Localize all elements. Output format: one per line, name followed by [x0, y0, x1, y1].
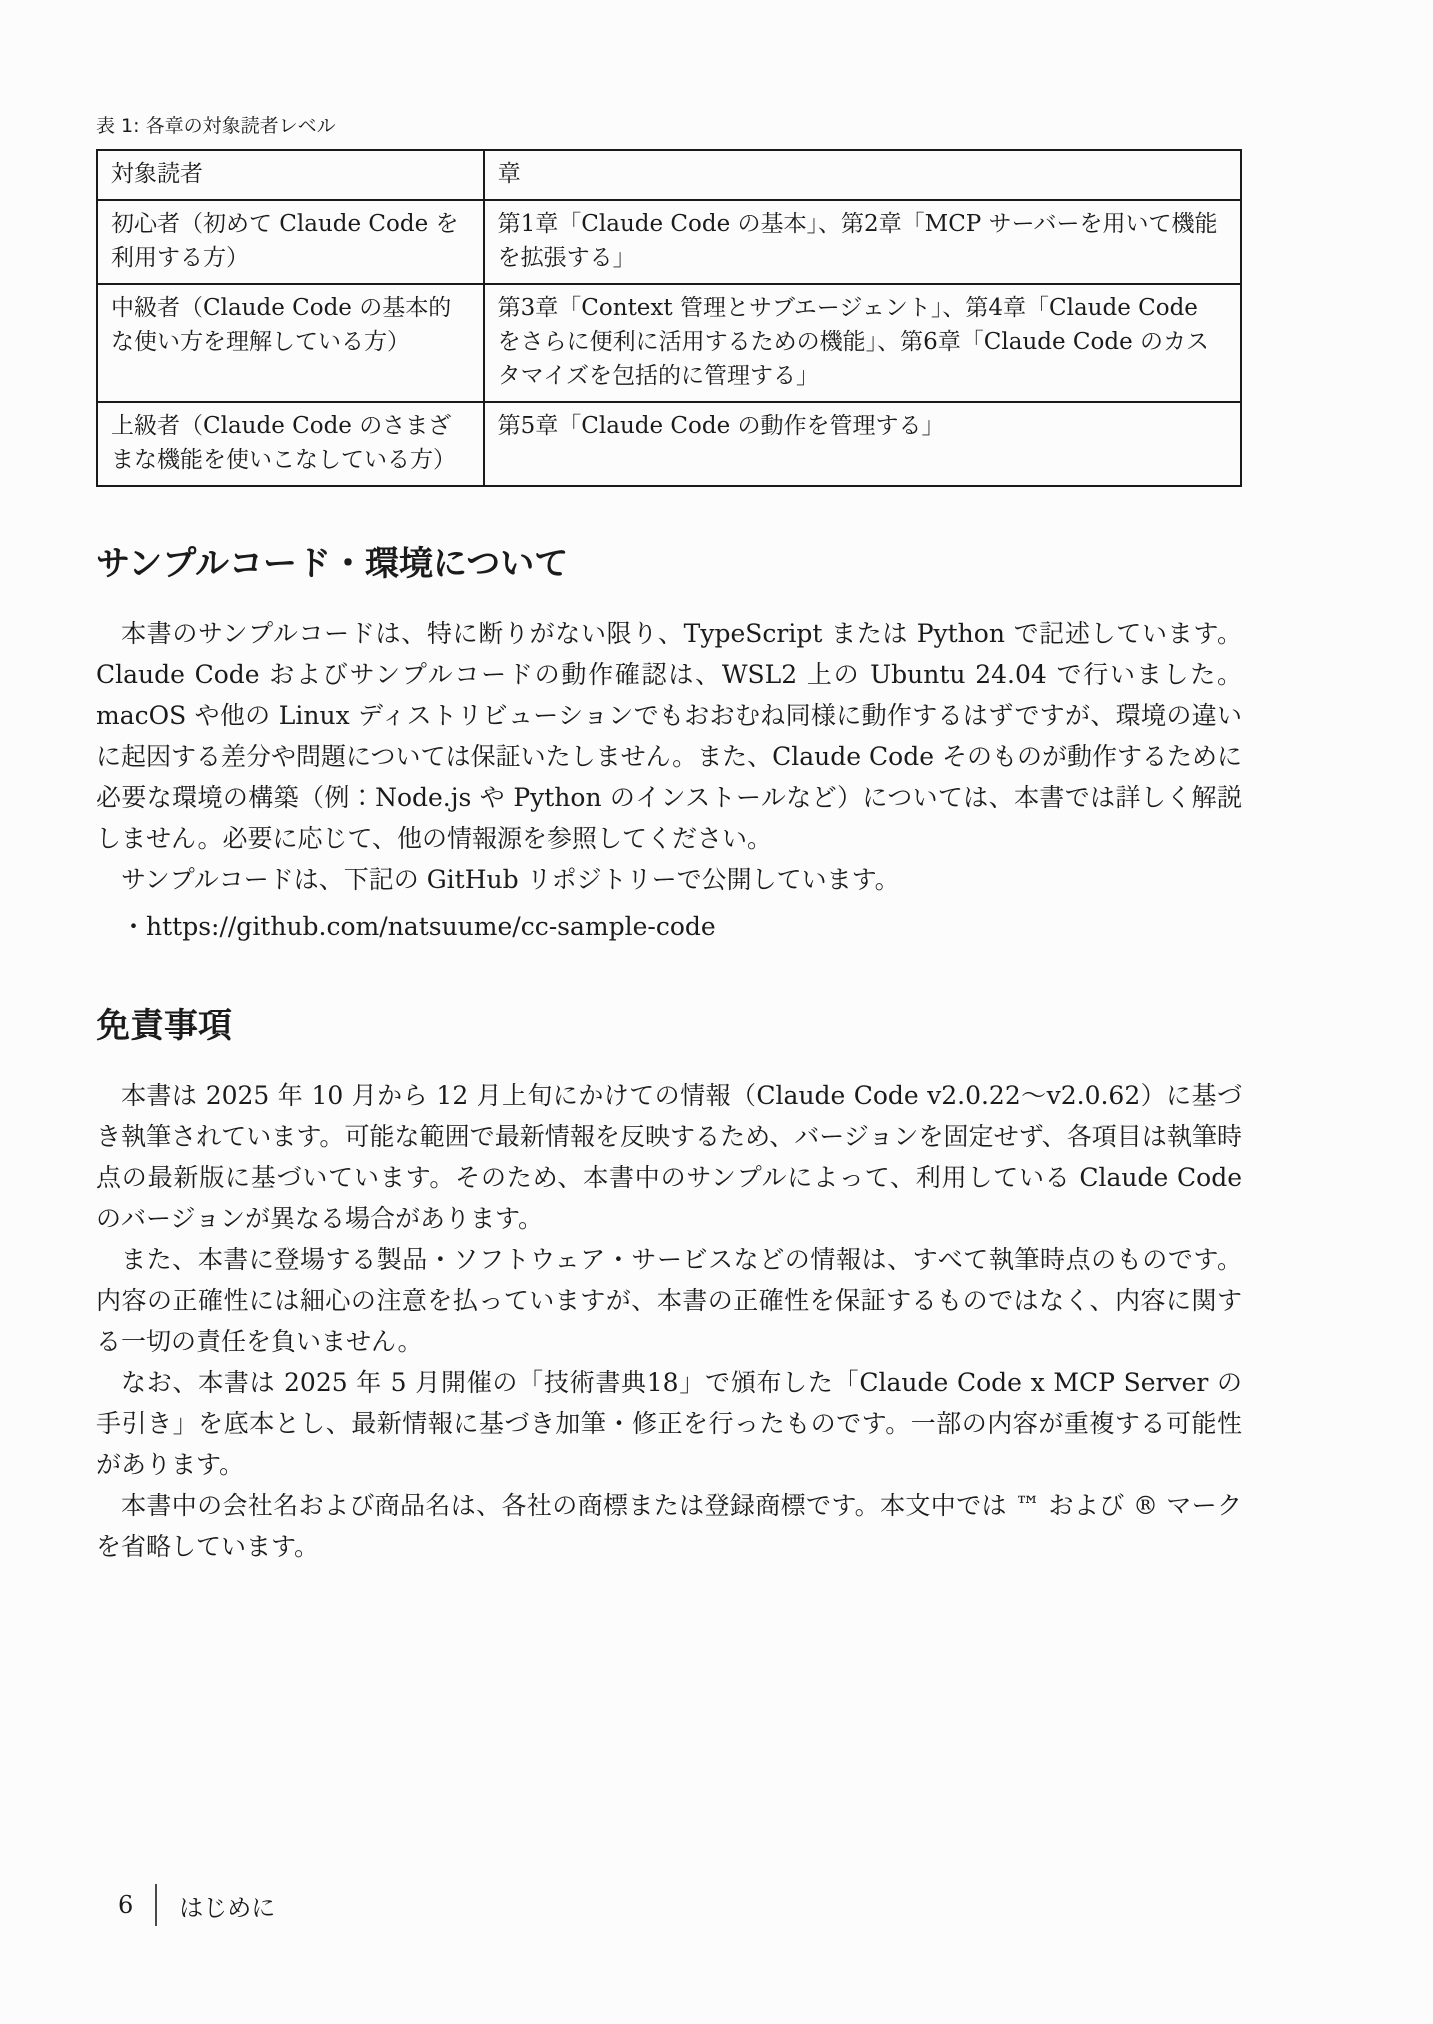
- footer-section-title: はじめに: [179, 1888, 275, 1923]
- table-header-readers: 対象読者: [97, 150, 484, 200]
- table-row: 中級者（Claude Code の基本的な使い方を理解している方） 第3章「Co…: [97, 284, 1241, 402]
- page-content: 表 1: 各章の対象読者レベル 対象読者 章 初心者（初めて Claude Co…: [96, 0, 1242, 1567]
- bullet-icon: ・: [121, 906, 146, 947]
- document-page: 表 1: 各章の対象読者レベル 対象読者 章 初心者（初めて Claude Co…: [0, 0, 1433, 2024]
- disclaimer-paragraph-origin: なお、本書は 2025 年 5 月開催の「技術書典18」で頒布した「Claude…: [96, 1362, 1242, 1485]
- table-row: 上級者（Claude Code のさまざまな機能を使いこなしている方） 第5章「…: [97, 402, 1241, 486]
- sample-section-paragraph-environment: 本書のサンプルコードは、特に断りがない限り、TypeScript または Pyt…: [96, 613, 1242, 859]
- sample-code-repo-url[interactable]: https://github.com/natsuume/cc-sample-co…: [146, 906, 716, 947]
- table-cell-reader-intermediate: 中級者（Claude Code の基本的な使い方を理解している方）: [97, 284, 484, 402]
- table-cell-reader-advanced: 上級者（Claude Code のさまざまな機能を使いこなしている方）: [97, 402, 484, 486]
- table-caption: 表 1: 各章の対象読者レベル: [96, 112, 1242, 140]
- table-header-row: 対象読者 章: [97, 150, 1241, 200]
- footer-divider: [155, 1884, 157, 1926]
- page-number: 6: [96, 1891, 133, 1919]
- disclaimer-paragraph-accuracy: また、本書に登場する製品・ソフトウェア・サービスなどの情報は、すべて執筆時点のも…: [96, 1239, 1242, 1362]
- sample-section-paragraph-repository: サンプルコードは、下記の GitHub リポジトリーで公開しています。: [96, 859, 1242, 900]
- table-cell-chapters-intermediate: 第3章「Context 管理とサブエージェント」、第4章「Claude Code…: [484, 284, 1241, 402]
- section-heading-disclaimer: 免責事項: [96, 1005, 1242, 1047]
- table-header-chapters: 章: [484, 150, 1241, 200]
- disclaimer-paragraph-trademark: 本書中の会社名および商品名は、各社の商標または登録商標です。本文中では ™ およ…: [96, 1485, 1242, 1567]
- reader-level-table: 対象読者 章 初心者（初めて Claude Code を利用する方） 第1章「C…: [96, 149, 1242, 487]
- table-row: 初心者（初めて Claude Code を利用する方） 第1章「Claude C…: [97, 200, 1241, 284]
- table-cell-reader-beginner: 初心者（初めて Claude Code を利用する方）: [97, 200, 484, 284]
- page-footer: 6 はじめに: [96, 1884, 275, 1926]
- section-heading-sample-code: サンプルコード・環境について: [96, 543, 1242, 585]
- repo-list-item: ・ https://github.com/natsuume/cc-sample-…: [96, 906, 1242, 947]
- disclaimer-paragraph-version: 本書は 2025 年 10 月から 12 月上旬にかけての情報（Claude C…: [96, 1075, 1242, 1239]
- table-cell-chapters-beginner: 第1章「Claude Code の基本」、第2章「MCP サーバーを用いて機能を…: [484, 200, 1241, 284]
- table-cell-chapters-advanced: 第5章「Claude Code の動作を管理する」: [484, 402, 1241, 486]
